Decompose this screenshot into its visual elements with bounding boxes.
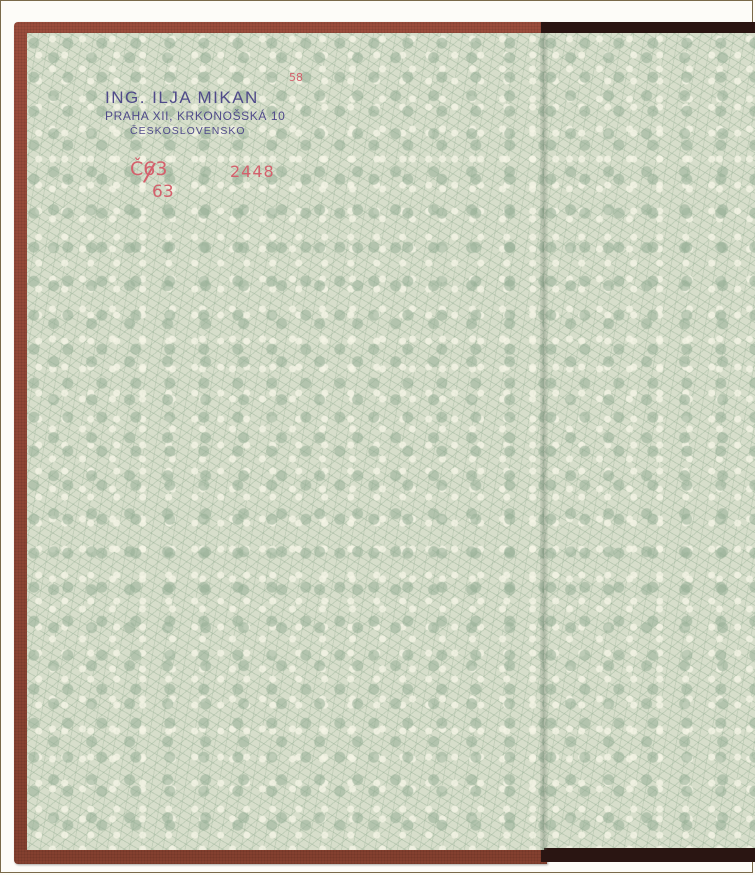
left-endpaper (27, 33, 544, 850)
right-endpaper (544, 33, 755, 848)
shelf-mark-bottom: 63 (152, 182, 174, 202)
pencil-number: 58 (289, 71, 303, 84)
stamp-name: ING. ILJA MIKAN (105, 88, 285, 108)
owner-stamp: ING. ILJA MIKAN PRAHA XII, KRKONOŠSKÁ 10… (105, 88, 285, 138)
inventory-number: 2448 (230, 162, 275, 181)
stamp-country: ČESKOSLOVENSKO (130, 124, 285, 138)
stamp-address: PRAHA XII, KRKONOŠSKÁ 10 (105, 108, 285, 124)
gutter-fold (540, 33, 548, 850)
